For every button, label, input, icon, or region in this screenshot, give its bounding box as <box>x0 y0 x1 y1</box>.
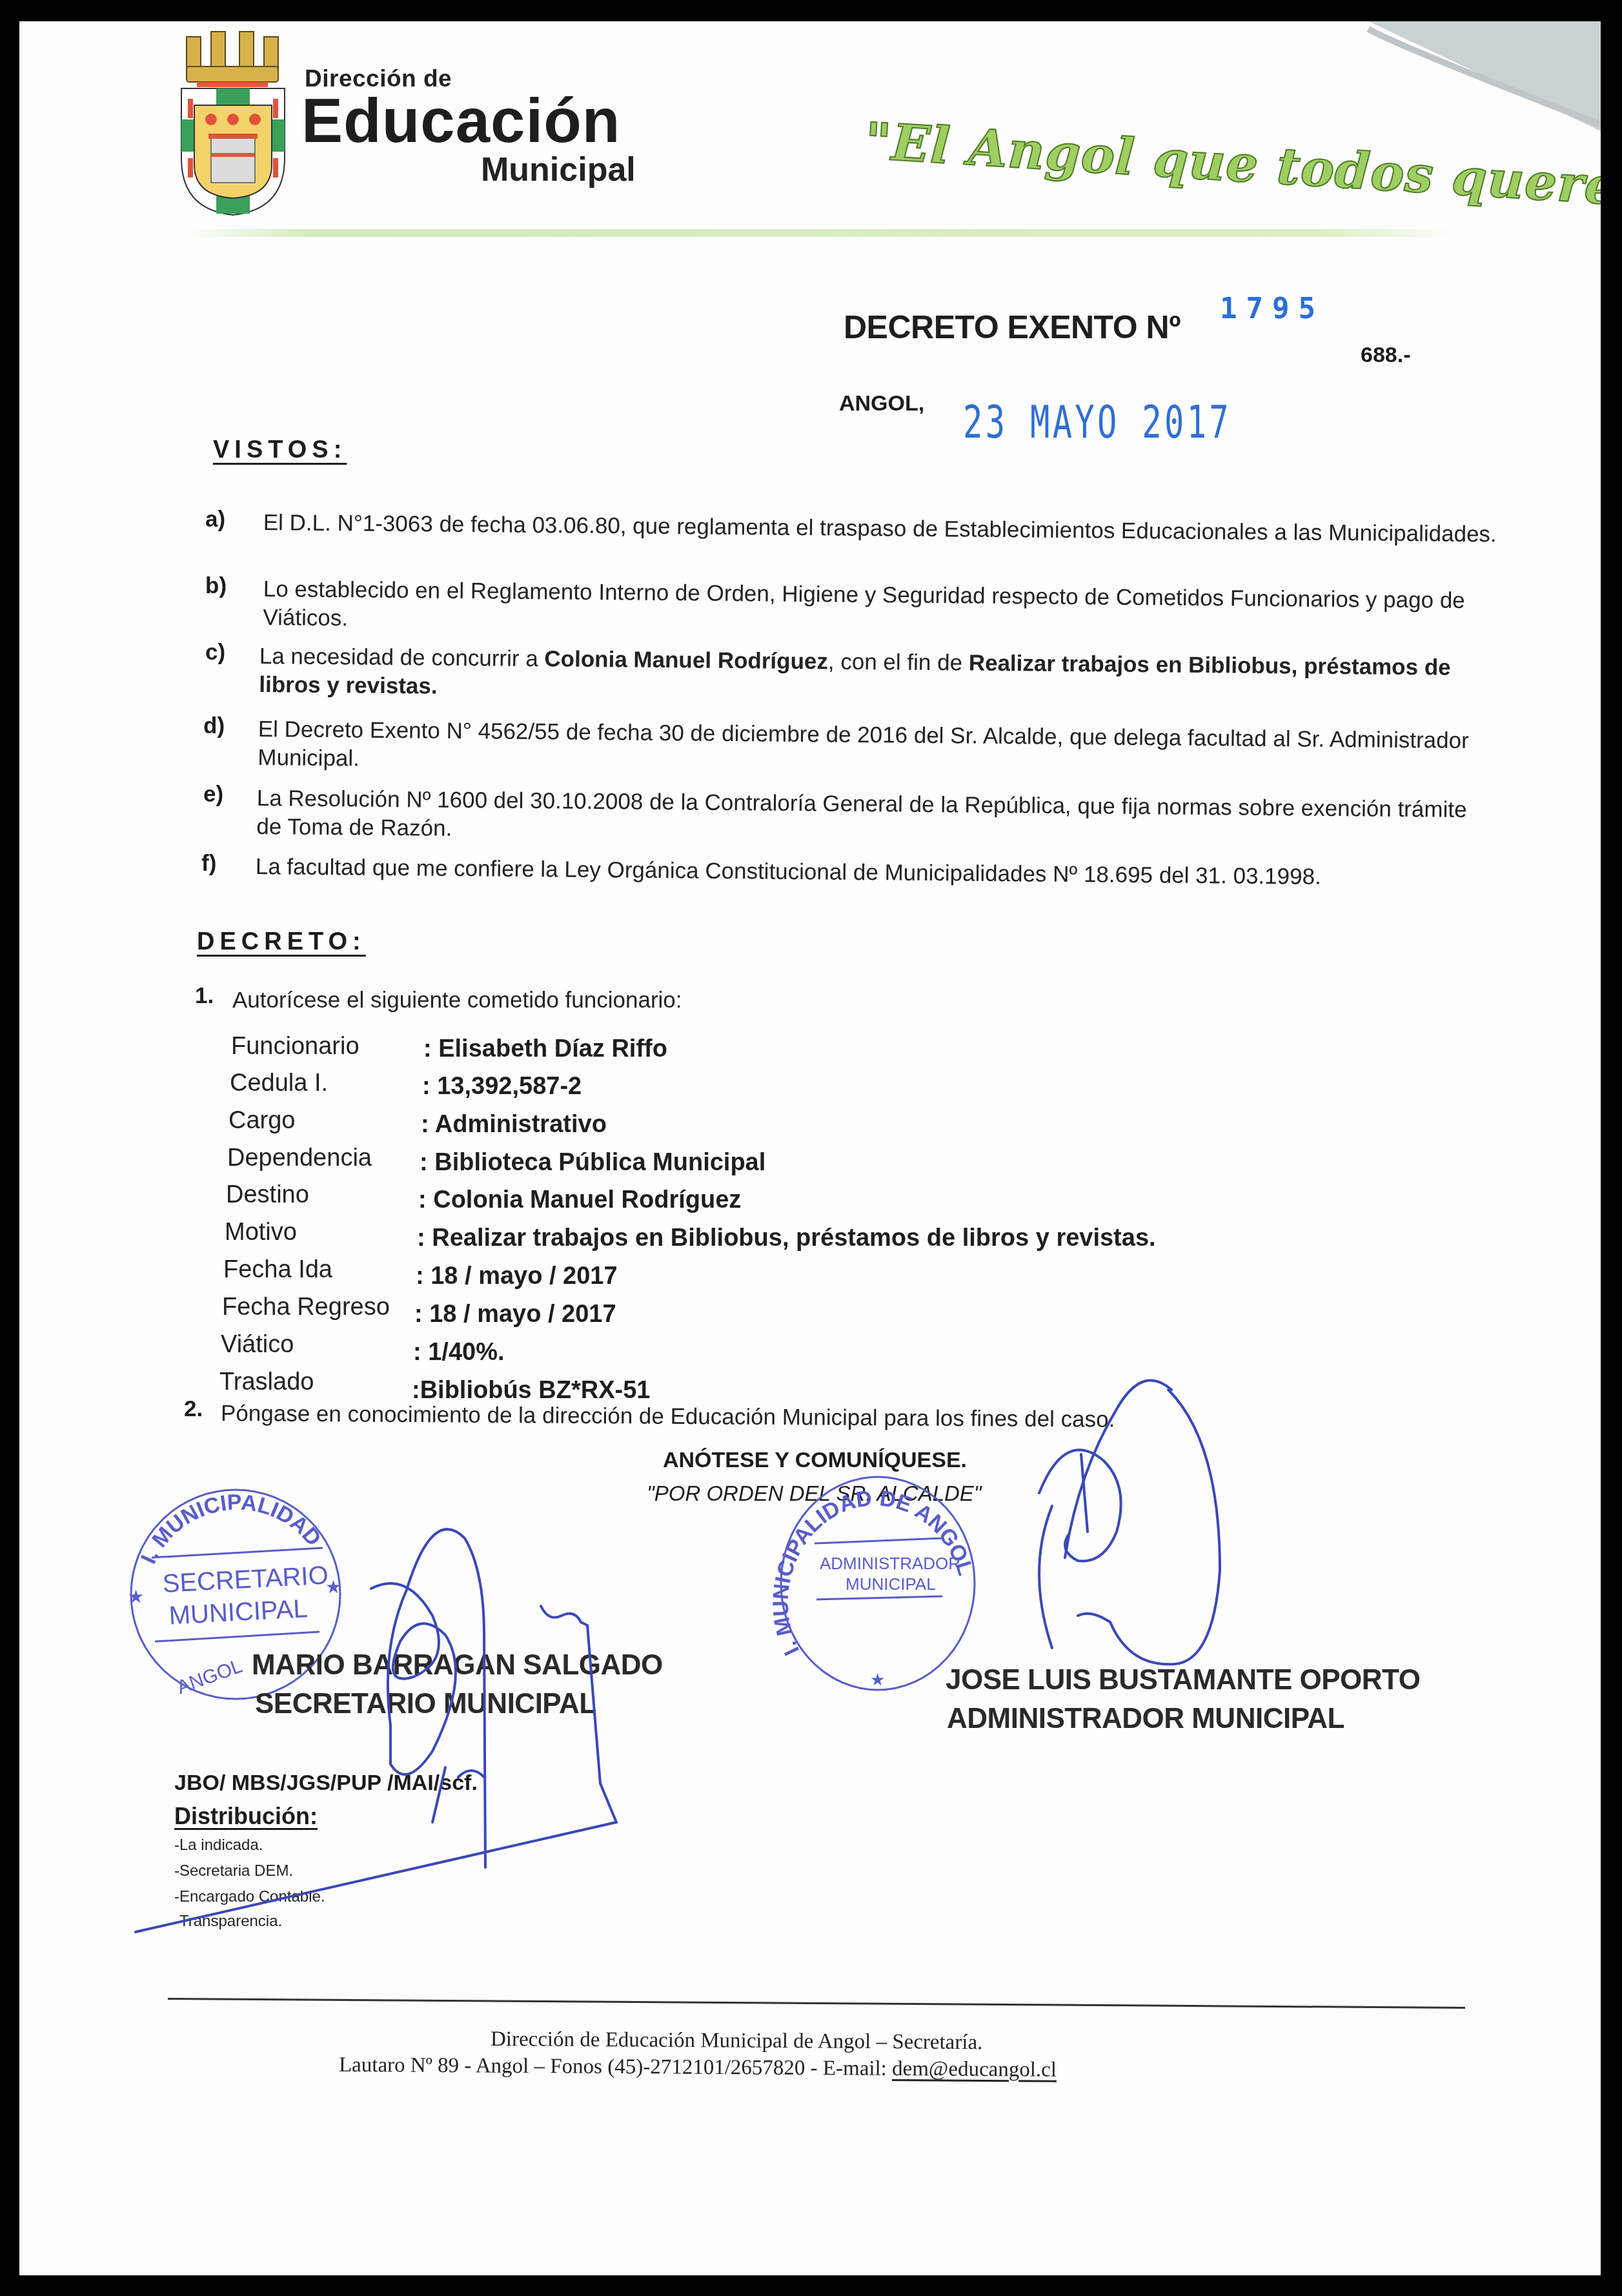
decreto-point2-number: 2. <box>184 1396 203 1422</box>
vistos-item-f: La facultad que me confiere la Ley Orgán… <box>256 853 1495 893</box>
field-value: : Biblioteca Pública Municipal <box>420 1149 765 1177</box>
field-label: Fecha Regreso <box>222 1294 390 1321</box>
decree-typed-number: 688.- <box>1361 343 1411 368</box>
vistos-item-d: El Decreto Exento N° 4562/55 de fecha 30… <box>258 715 1497 784</box>
vistos-item-a: El D.L. N°1-3063 de fecha 03.06.80, que … <box>263 509 1503 549</box>
field-value: : 18 / mayo / 2017 <box>414 1301 616 1328</box>
distribution-heading: Distribución: <box>174 1803 318 1830</box>
letterhead-line2: Educación <box>301 86 620 157</box>
vistos-heading: VISTOS: <box>213 436 347 464</box>
decree-title: DECRETO EXENTO Nº <box>844 309 1181 346</box>
field-value: : 13,392,587-2 <box>422 1073 582 1101</box>
decree-date-stamp: 23 MAYO 2017 <box>963 396 1232 449</box>
left-signatory-name: MARIO BARRAGAN SALGADO <box>252 1649 663 1681</box>
field-label: Traslado <box>219 1368 314 1396</box>
secretary-stamp-mid1: SECRETARIO <box>162 1561 329 1598</box>
field-label: Cedula I. <box>230 1070 328 1097</box>
right-signatory-name: JOSE LUIS BUSTAMANTE OPORTO <box>946 1664 1420 1696</box>
decreto-heading: DECRETO: <box>197 928 366 956</box>
right-signatory-title: ADMINISTRADOR MUNICIPAL <box>947 1703 1344 1735</box>
svg-text:I. MUNICIPALIDAD DE ANGOL: I. MUNICIPALIDAD DE ANGOL <box>769 1486 978 1659</box>
secretary-stamp-mid2: MUNICIPAL <box>168 1594 309 1630</box>
vistos-item-e: La Resolución Nº 1600 del 30.10.2008 de … <box>256 784 1496 853</box>
field-label: Dependencia <box>227 1144 372 1172</box>
decreto-point1-text: Autorícese el siguiente cometido funcion… <box>232 988 682 1013</box>
header-separator <box>187 229 1452 237</box>
decreto-point1-number: 1. <box>195 983 214 1009</box>
closing-line1: ANÓTESE Y COMUNÍQUESE. <box>663 1448 967 1473</box>
page-fold-corner <box>1330 21 1601 131</box>
municipal-crest-icon <box>177 29 289 216</box>
vistos-item-letter: b) <box>205 573 227 599</box>
field-value: :Bibliobús BZ*RX-51 <box>412 1377 650 1405</box>
secretary-stamp-bottom: ANGOL <box>174 1655 245 1698</box>
field-label: Viático <box>221 1331 294 1359</box>
closing-line2: "POR ORDEN DEL SR. ALCALDE" <box>647 1481 982 1506</box>
vistos-item-c: La necesidad de concurrir a Colonia Manu… <box>259 642 1499 711</box>
vistos-item-letter: e) <box>203 782 223 808</box>
field-label: Motivo <box>225 1219 297 1246</box>
vistos-item-c-text-mid: , con el fin de <box>828 649 969 675</box>
distribution-item: -Transparencia. <box>174 1913 282 1931</box>
field-value: : Administrativo <box>421 1111 607 1139</box>
svg-text:★: ★ <box>325 1577 341 1597</box>
vistos-item-letter: c) <box>205 640 225 665</box>
field-value: : Realizar trabajos en Bibliobus, présta… <box>417 1224 1156 1252</box>
vistos-item-letter: f) <box>201 851 216 877</box>
footer-divider <box>168 1998 1465 2009</box>
footer-address: Lautaro Nº 89 - Angol – Fonos (45)-27121… <box>339 2053 892 2080</box>
decree-place: ANGOL, <box>839 391 924 416</box>
svg-text:I. MUNICIPALIDAD: I. MUNICIPALIDAD <box>136 1490 326 1567</box>
decreto-point2-text: Póngase en conocimiento de la dirección … <box>221 1401 1115 1433</box>
distribution-item: -Encargado Contable. <box>174 1888 325 1906</box>
administrator-stamp-ring: I. MUNICIPALIDAD DE ANGOL <box>769 1486 978 1659</box>
left-signatory-title: SECRETARIO MUNICIPAL <box>255 1688 596 1720</box>
field-value: : 1/40%. <box>413 1339 505 1366</box>
field-value: : Colonia Manuel Rodríguez <box>418 1186 741 1214</box>
letterhead-line3: Municipal <box>481 150 636 189</box>
vistos-item-letter: a) <box>205 507 225 533</box>
vistos-item-c-text: La necesidad de concurrir a <box>259 644 545 671</box>
field-label: Cargo <box>228 1107 296 1135</box>
field-value: : 18 / mayo / 2017 <box>416 1263 618 1290</box>
administrator-stamp-mid1: ADMINISTRADOR <box>820 1554 960 1573</box>
field-label: Funcionario <box>231 1033 360 1061</box>
typist-initials: JBO/ MBS/JGS/PUP /MAI/scf. <box>174 1771 478 1796</box>
document-page: Dirección de Educación Municipal "El Ang… <box>19 21 1601 2275</box>
administrator-stamp-mid2: MUNICIPAL <box>846 1574 936 1594</box>
svg-text:★: ★ <box>128 1587 144 1607</box>
secretary-stamp-ring: I. MUNICIPALIDAD <box>136 1490 326 1567</box>
footer-email-link[interactable]: dem@educangol.cl <box>892 2057 1057 2082</box>
decree-number-stamp: 1795 <box>1220 292 1324 325</box>
distribution-item: -La indicada. <box>174 1836 263 1854</box>
vistos-item-c-place: Colonia Manuel Rodríguez <box>544 646 828 674</box>
distribution-item: -Secretaria DEM. <box>174 1862 293 1880</box>
field-value: : Elisabeth Díaz Riffo <box>423 1035 667 1063</box>
vistos-item-letter: d) <box>203 713 225 739</box>
svg-text:★: ★ <box>870 1670 885 1689</box>
vistos-item-b: Lo establecido en el Reglamento Interno … <box>263 575 1503 644</box>
footer-line1: Dirección de Educación Municipal de Ango… <box>491 2027 983 2055</box>
footer-line2: Lautaro Nº 89 - Angol – Fonos (45)-27121… <box>339 2053 1057 2082</box>
field-label: Destino <box>226 1181 309 1209</box>
field-label: Fecha Ida <box>223 1256 332 1284</box>
